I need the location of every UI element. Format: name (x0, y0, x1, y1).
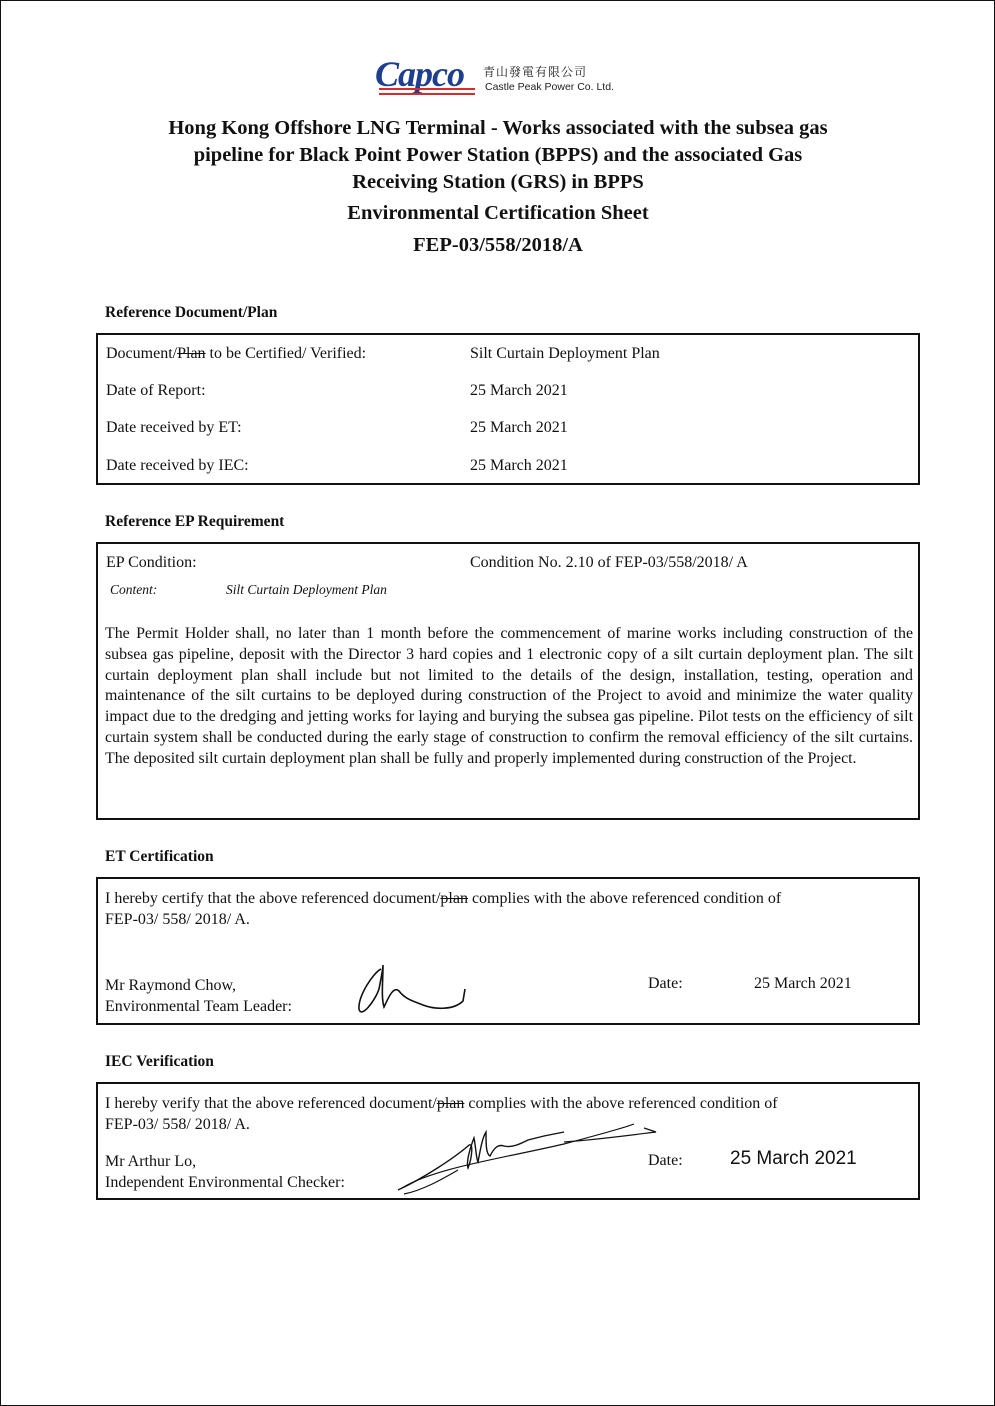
field-label-date-received-et: Date received by ET: (106, 419, 242, 437)
et-signature-icon (353, 961, 473, 1021)
field-label-date-of-report: Date of Report: (106, 382, 206, 400)
section-label-iec-verification: IEC Verification (105, 1053, 214, 1071)
permit-code: FEP-03/558/2018/A (96, 232, 900, 259)
document-subtitle: Environmental Certification Sheet (96, 200, 900, 227)
logo-chinese-name: 青山發電有限公司 (483, 63, 587, 80)
document-title: Hong Kong Offshore LNG Terminal - Works … (96, 115, 900, 196)
ep-condition-text: The Permit Holder shall, no later than 1… (105, 624, 913, 770)
statement-text: FEP-03/ 558/ 2018/ A. (105, 911, 250, 928)
struck-text: plan (440, 890, 468, 907)
statement-text: complies with the above referenced condi… (468, 890, 781, 907)
field-label-date-received-iec: Date received by IEC: (106, 457, 249, 475)
field-value-document: Silt Curtain Deployment Plan (470, 345, 660, 363)
iec-signature-icon (394, 1118, 674, 1198)
field-value-date-received-et: 25 March 2021 (470, 419, 568, 437)
logo-english-name: Castle Peak Power Co. Ltd. (485, 81, 614, 93)
iec-date-label: Date: (648, 1152, 683, 1170)
title-line-3: Receiving Station (GRS) in BPPS (96, 169, 900, 196)
ep-requirement-box: EP Condition: Condition No. 2.10 of FEP-… (96, 542, 920, 820)
label-text: to be Certified/ Verified: (206, 345, 367, 362)
signer-name: Mr Arthur Lo, (105, 1151, 345, 1172)
field-label-document: Document/Plan to be Certified/ Verified: (106, 345, 366, 363)
statement-text: I hereby certify that the above referenc… (105, 890, 440, 907)
iec-verification-box: I hereby verify that the above reference… (96, 1082, 920, 1200)
et-signer: Mr Raymond Chow, Environmental Team Lead… (105, 975, 292, 1017)
logo-underline (379, 88, 475, 90)
section-label-ep-requirement: Reference EP Requirement (105, 513, 284, 531)
certification-sheet-page: Capco 青山發電有限公司 Castle Peak Power Co. Ltd… (0, 0, 995, 1406)
statement-text: complies with the above referenced condi… (464, 1095, 777, 1112)
section-label-et-certification: ET Certification (105, 848, 214, 866)
title-line-1: Hong Kong Offshore LNG Terminal - Works … (96, 115, 900, 142)
et-date-value: 25 March 2021 (754, 975, 852, 993)
statement-text: I hereby verify that the above reference… (105, 1095, 437, 1112)
logo-underline (379, 93, 475, 95)
statement-text: FEP-03/ 558/ 2018/ A. (105, 1116, 250, 1133)
et-certification-box: I hereby certify that the above referenc… (96, 877, 920, 1025)
title-line-2: pipeline for Black Point Power Station (… (96, 142, 900, 169)
struck-text: Plan (177, 345, 205, 362)
field-value-date-received-iec: 25 March 2021 (470, 457, 568, 475)
et-certification-statement: I hereby certify that the above referenc… (105, 888, 905, 930)
struck-text: plan (437, 1095, 465, 1112)
content-label: Content: (110, 582, 157, 598)
signer-title: Independent Environmental Checker: (105, 1172, 345, 1193)
ep-condition-label: EP Condition: (106, 554, 197, 572)
signer-title: Environmental Team Leader: (105, 996, 292, 1017)
capco-logo: Capco 青山發電有限公司 Castle Peak Power Co. Ltd… (375, 59, 635, 99)
ep-condition-value: Condition No. 2.10 of FEP-03/558/2018/ A (470, 554, 748, 572)
signer-name: Mr Raymond Chow, (105, 975, 292, 996)
field-value-date-of-report: 25 March 2021 (470, 382, 568, 400)
et-date-label: Date: (648, 975, 683, 993)
content-value: Silt Curtain Deployment Plan (226, 582, 387, 598)
section-label-reference-document: Reference Document/Plan (105, 304, 277, 322)
iec-signer: Mr Arthur Lo, Independent Environmental … (105, 1151, 345, 1193)
iec-date-value: 25 March 2021 (730, 1148, 857, 1170)
label-text: Document/ (106, 345, 177, 362)
reference-document-table: Document/Plan to be Certified/ Verified:… (96, 333, 920, 485)
